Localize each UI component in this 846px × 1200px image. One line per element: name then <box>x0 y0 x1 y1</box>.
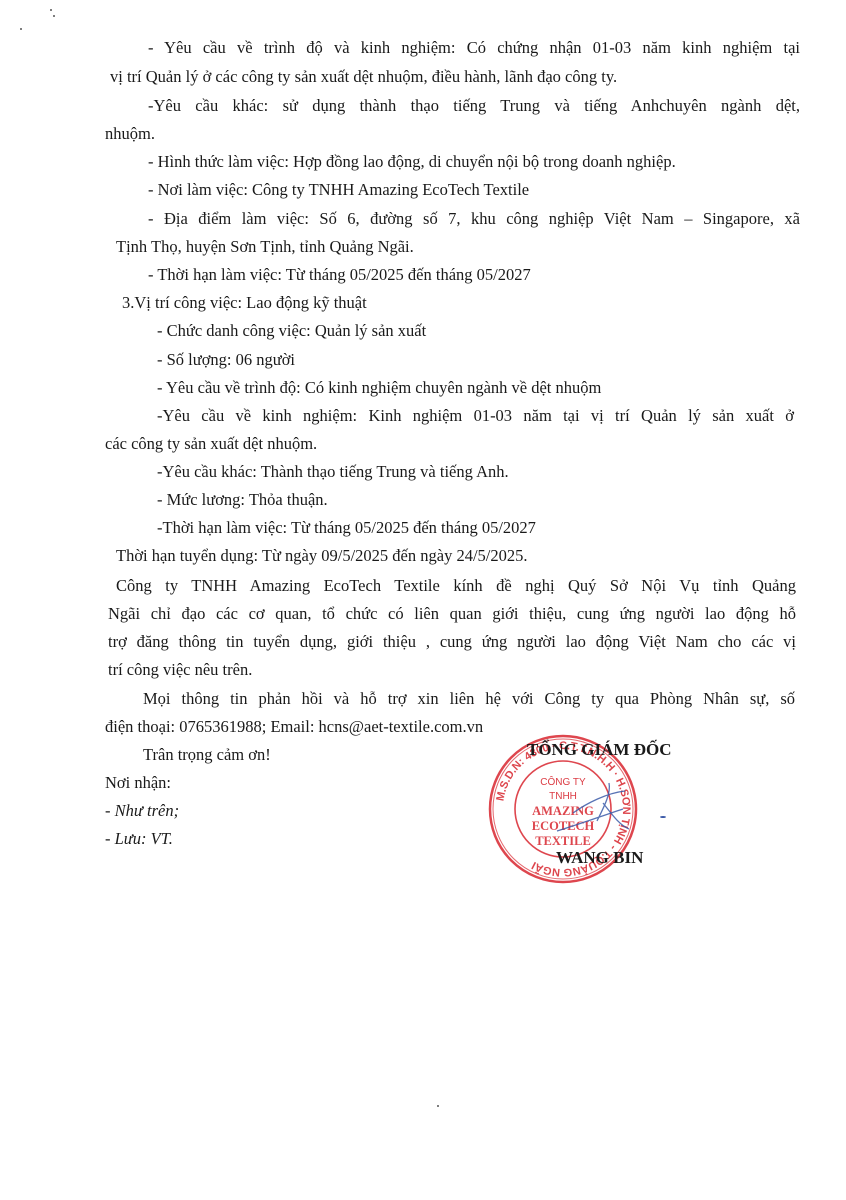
paragraph-line: trí công việc nêu trên. <box>108 660 252 680</box>
paragraph-line: - Thời hạn làm việc: Từ tháng 05/2025 đế… <box>148 265 531 285</box>
paragraph-line: - Hình thức làm việc: Hợp đồng lao động,… <box>148 152 676 172</box>
scan-speck <box>53 15 55 17</box>
closing-line: Trân trọng cảm ơn! <box>143 745 271 765</box>
svg-text:TNHH: TNHH <box>549 791 577 802</box>
svg-text:CÔNG TY: CÔNG TY <box>540 775 586 788</box>
svg-text:ECOTECH: ECOTECH <box>532 819 595 833</box>
paragraph-line: Ngãi chỉ đạo các cơ quan, tổ chức có liê… <box>108 604 796 624</box>
paragraph-line: trợ đăng thông tin tuyển dụng, giới thiệ… <box>108 632 796 652</box>
paragraph-line: Mọi thông tin phản hồi và hỗ trợ xin liê… <box>143 689 795 709</box>
scan-speck <box>437 1105 439 1107</box>
paragraph-line: - Chức danh công việc: Quản lý sản xuất <box>157 321 426 341</box>
paragraph-line: -Thời hạn làm việc: Từ tháng 05/2025 đến… <box>157 518 536 538</box>
scan-speck <box>20 28 22 30</box>
signatory-title: TỔNG GIÁM ĐỐC <box>527 740 672 760</box>
paragraph-line: - Nơi làm việc: Công ty TNHH Amazing Eco… <box>148 180 529 200</box>
scan-speck <box>50 9 52 11</box>
ink-mark <box>660 816 666 818</box>
paragraph-line: -Yêu cầu khác: sử dụng thành thạo tiếng … <box>148 96 800 116</box>
paragraph-line: - Yêu cầu về trình độ và kinh nghiệm: Có… <box>148 38 800 58</box>
paragraph-line: Công ty TNHH Amazing EcoTech Textile kín… <box>116 576 796 596</box>
paragraph-line: -Yêu cầu về kinh nghiệm: Kinh nghiệm 01-… <box>157 406 794 426</box>
paragraph-line: -Yêu cầu khác: Thành thạo tiếng Trung và… <box>157 462 509 482</box>
paragraph-line: - Yêu cầu về trình độ: Có kinh nghiệm ch… <box>157 378 601 398</box>
section-heading: 3.Vị trí công việc: Lao động kỹ thuật <box>122 293 367 313</box>
recipient-item: - Như trên; <box>105 801 179 821</box>
paragraph-line: các công ty sản xuất dệt nhuộm. <box>105 434 317 454</box>
recruitment-period: Thời hạn tuyển dụng: Từ ngày 09/5/2025 đ… <box>116 546 528 566</box>
recipients-label: Nơi nhận: <box>105 773 171 793</box>
paragraph-line: - Số lượng: 06 người <box>157 350 295 370</box>
paragraph-line: Tịnh Thọ, huyện Sơn Tịnh, tỉnh Quảng Ngã… <box>116 237 414 257</box>
paragraph-line: nhuộm. <box>105 124 155 144</box>
paragraph-line: vị trí Quản lý ở các công ty sản xuất dệ… <box>110 67 617 87</box>
recipient-item: - Lưu: VT. <box>105 829 173 849</box>
paragraph-line: - Địa điểm làm việc: Số 6, đường số 7, k… <box>148 209 800 229</box>
svg-text:TEXTILE: TEXTILE <box>535 834 591 848</box>
paragraph-line: - Mức lương: Thỏa thuận. <box>157 490 328 510</box>
signatory-name: WANG BIN <box>556 848 643 868</box>
contact-line: điện thoại: 0765361988; Email: hcns@aet-… <box>105 717 483 737</box>
